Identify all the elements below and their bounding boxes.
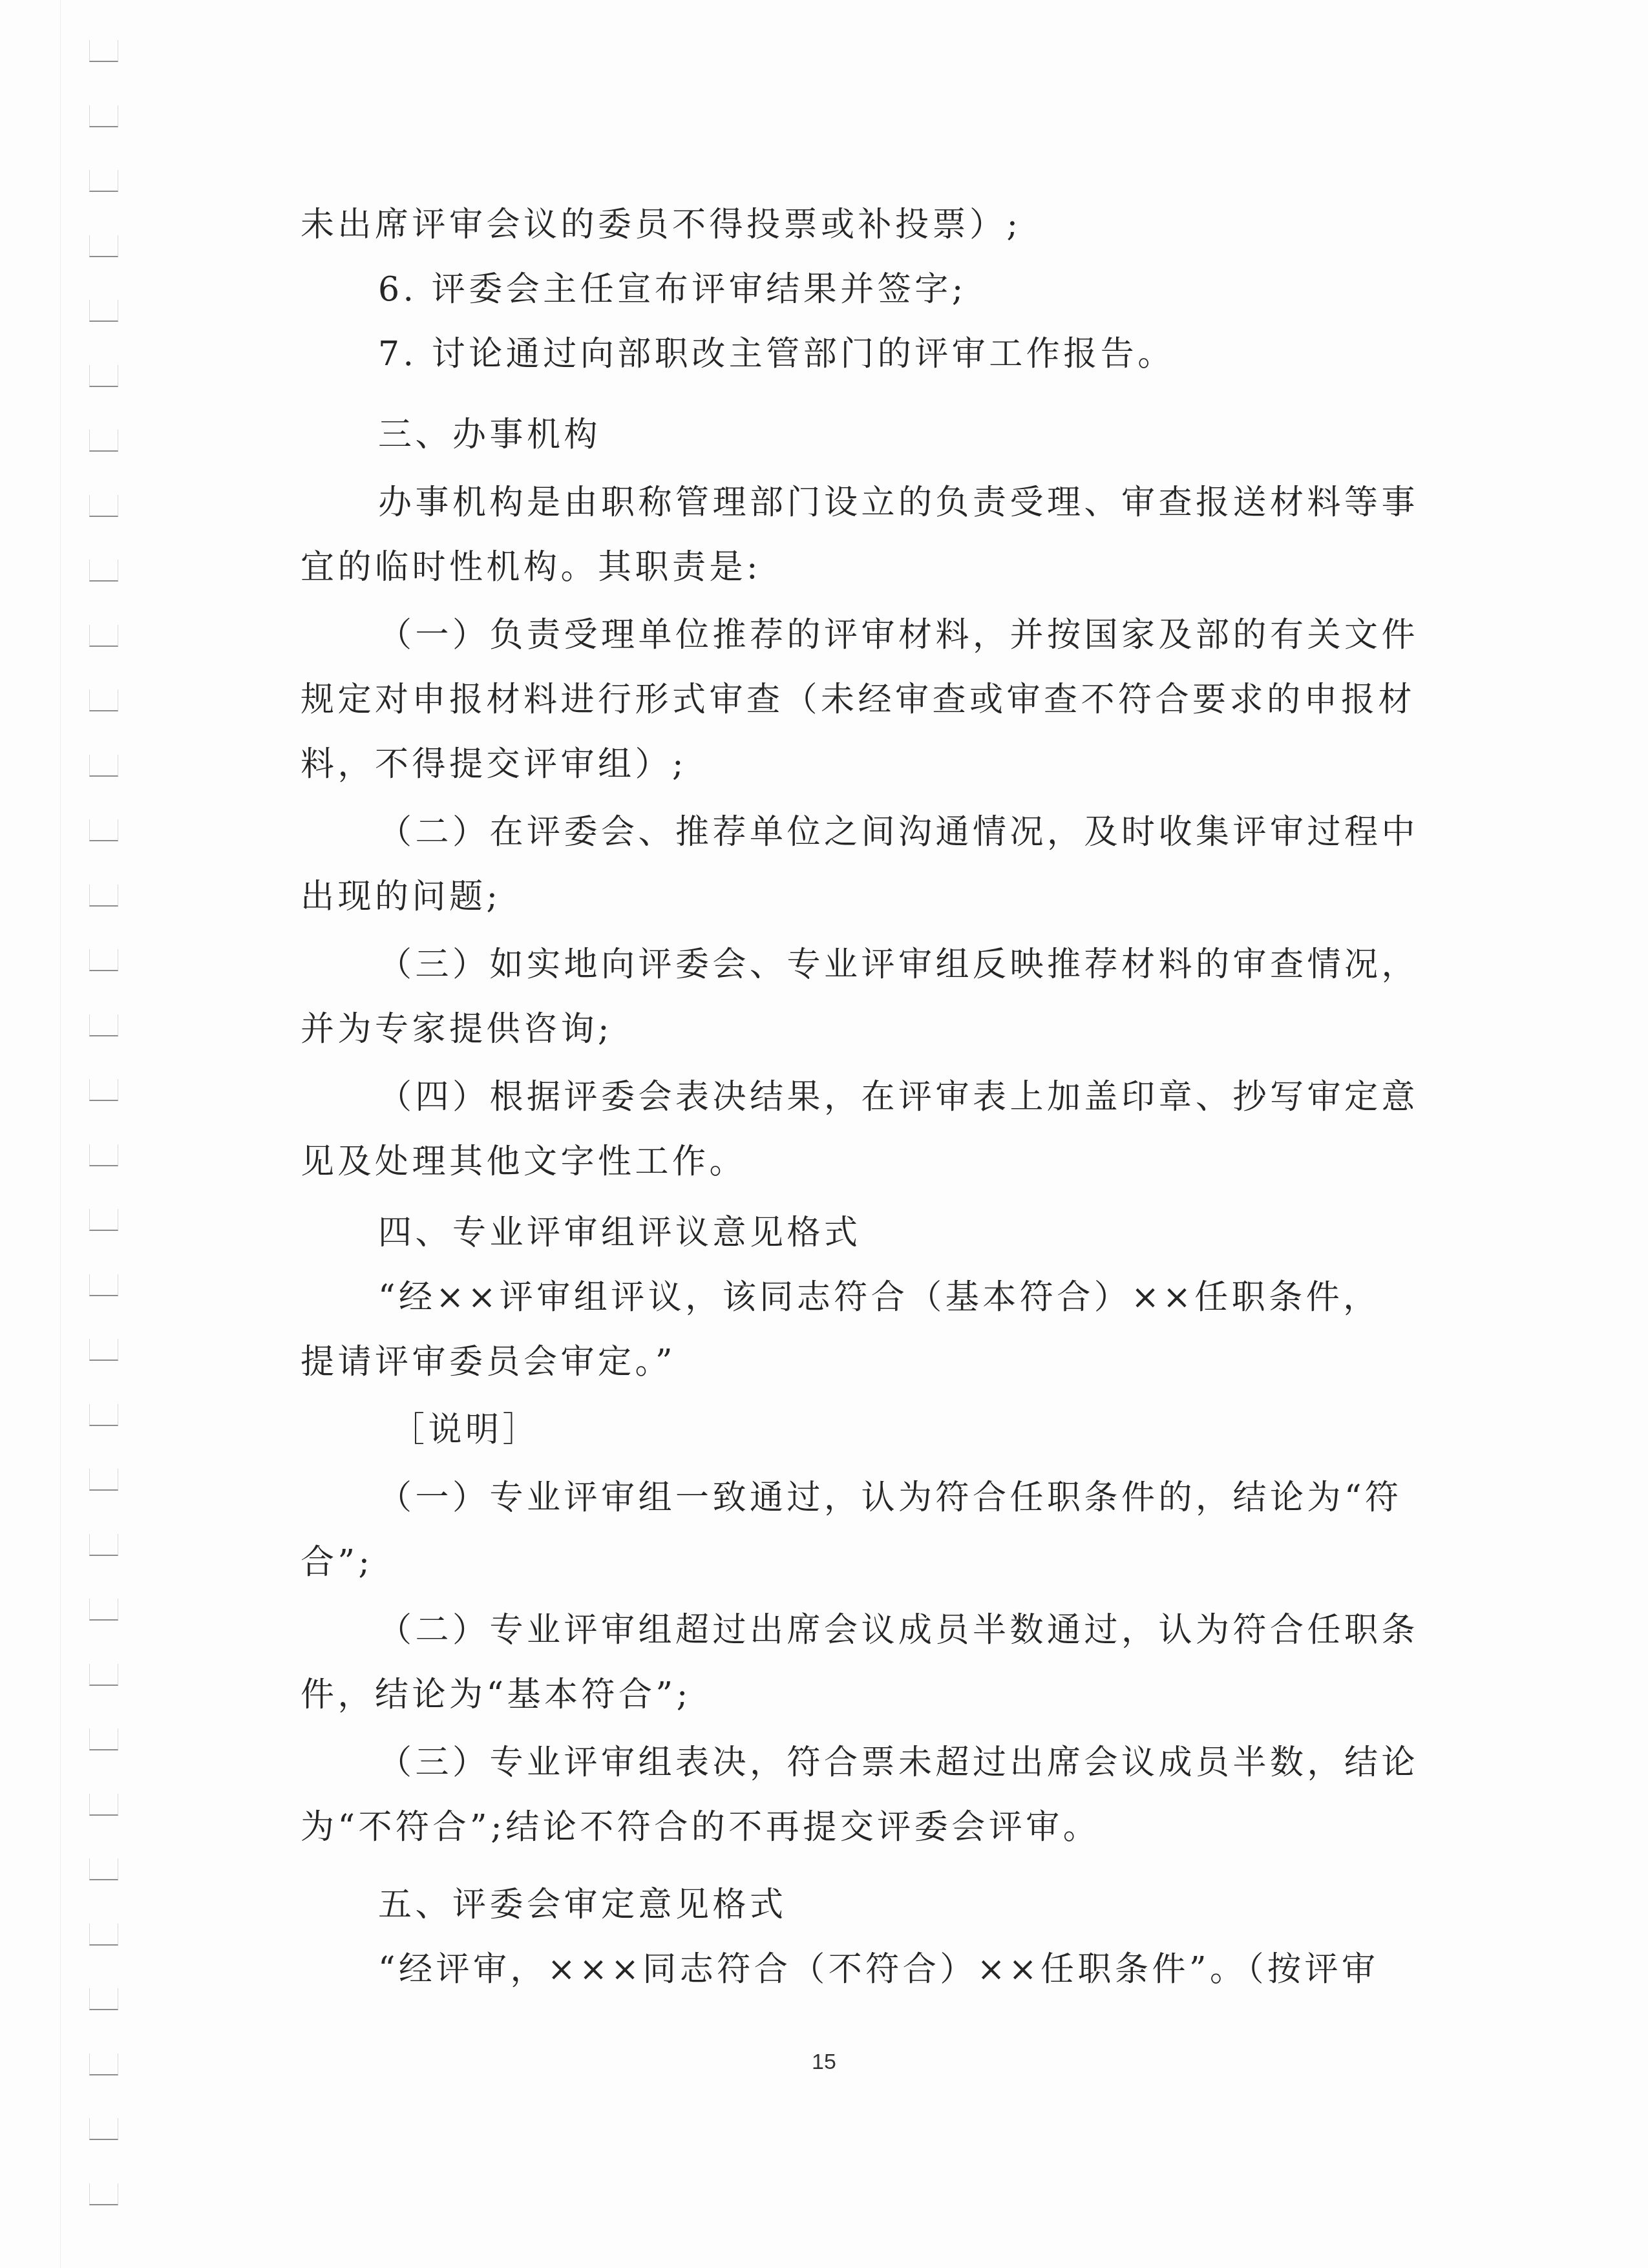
binding-hole-marks	[89, 0, 121, 2268]
note-item-3-cont: 为“不符合”;结论不符合的不再提交评委会评审。	[301, 1808, 1100, 1847]
binding-hole-mark	[89, 1599, 118, 1621]
binding-hole-mark	[89, 1728, 118, 1750]
list-item-6: 6. 评委会主任宣布评审结果并签字;	[378, 270, 967, 309]
opinion-format-quote: “经××评审组评议，该同志符合（基本符合）××任职条件，	[378, 1278, 1380, 1317]
binding-hole-mark	[89, 2118, 118, 2140]
note-item-1: （一）专业评审组一致通过，认为符合任职条件的，结论为“符	[378, 1478, 1402, 1517]
binding-hole-mark	[89, 365, 118, 387]
document-page: 未出席评审会议的委员不得投票或补投票）; 6. 评委会主任宣布评审结果并签字; …	[0, 0, 1648, 2268]
binding-hole-mark	[89, 1339, 118, 1361]
opinion-format-quote-cont: 提请评审委员会审定。”	[301, 1343, 676, 1381]
note-item-1-cont: 合”;	[301, 1543, 374, 1582]
note-item-3: （三）专业评审组表决，符合票未超过出席会议成员半数，结论	[378, 1743, 1419, 1782]
binding-hole-mark	[89, 495, 118, 517]
binding-hole-mark	[89, 625, 118, 647]
duty-item-3-cont: 并为专家提供咨询;	[301, 1010, 613, 1049]
binding-hole-mark	[89, 235, 118, 257]
binding-hole-mark	[89, 2183, 118, 2205]
binding-hole-mark	[89, 885, 118, 907]
section-heading-4: 四、专业评审组评议意见格式	[378, 1213, 861, 1252]
binding-hole-mark	[89, 1274, 118, 1296]
section-heading-5: 五、评委会审定意见格式	[378, 1885, 787, 1924]
paragraph-line: 宜的临时性机构。其职责是:	[301, 548, 761, 587]
duty-item-1-cont: 规定对申报材料进行形式审查（未经审查或审查不符合要求的申报材	[301, 680, 1415, 719]
binding-hole-mark	[89, 105, 118, 127]
list-item-7: 7. 讨论通过向部职改主管部门的评审工作报告。	[378, 335, 1175, 373]
duty-item-4: （四）根据评委会表决结果，在评审表上加盖印章、抄写审定意	[378, 1078, 1419, 1117]
duty-item-2-cont: 出现的问题;	[301, 877, 502, 916]
binding-hole-mark	[89, 300, 118, 322]
duty-item-2: （二）在评委会、推荐单位之间沟通情况，及时收集评审过程中	[378, 813, 1419, 852]
duty-item-1-cont: 料，不得提交评审组）;	[301, 745, 687, 784]
binding-hole-mark	[89, 170, 118, 192]
binding-hole-mark	[89, 949, 118, 971]
section-heading-3: 三、办事机构	[378, 415, 601, 454]
binding-hole-mark	[89, 1664, 118, 1686]
approval-format-quote: “经评审，×××同志符合（不符合）××任职条件”。（按评审	[378, 1950, 1379, 1989]
binding-hole-mark	[89, 40, 118, 62]
scan-gutter-edge	[60, 0, 61, 2268]
binding-hole-mark	[89, 1924, 118, 1946]
page-number: 15	[0, 2050, 1648, 2075]
binding-hole-mark	[89, 1988, 118, 2010]
binding-hole-mark	[89, 430, 118, 452]
binding-hole-mark	[89, 1794, 118, 1816]
binding-hole-mark	[89, 560, 118, 582]
duty-item-4-cont: 见及处理其他文字性工作。	[301, 1142, 746, 1181]
note-item-2: （二）专业评审组超过出席会议成员半数通过，认为符合任职条	[378, 1611, 1419, 1650]
binding-hole-mark	[89, 1209, 118, 1231]
binding-hole-mark	[89, 819, 118, 841]
binding-hole-mark	[89, 1014, 118, 1036]
text-line: 未出席评审会议的委员不得投票或补投票）;	[301, 205, 1022, 244]
binding-hole-mark	[89, 1079, 118, 1101]
binding-hole-mark	[89, 1534, 118, 1556]
duty-item-3: （三）如实地向评委会、专业评审组反映推荐材料的审查情况，	[378, 945, 1419, 984]
binding-hole-mark	[89, 689, 118, 711]
binding-hole-mark	[89, 1858, 118, 1880]
note-item-2-cont: 件，结论为“基本符合”;	[301, 1675, 692, 1714]
binding-hole-mark	[89, 1144, 118, 1166]
binding-hole-mark	[89, 1404, 118, 1426]
paragraph-line: 办事机构是由职称管理部门设立的负责受理、审查报送材料等事	[378, 483, 1419, 522]
duty-item-1: （一）负责受理单位推荐的评审材料，并按国家及部的有关文件	[378, 616, 1419, 655]
binding-hole-mark	[89, 755, 118, 777]
note-label: ［说明］	[391, 1411, 540, 1449]
binding-hole-mark	[89, 1469, 118, 1491]
